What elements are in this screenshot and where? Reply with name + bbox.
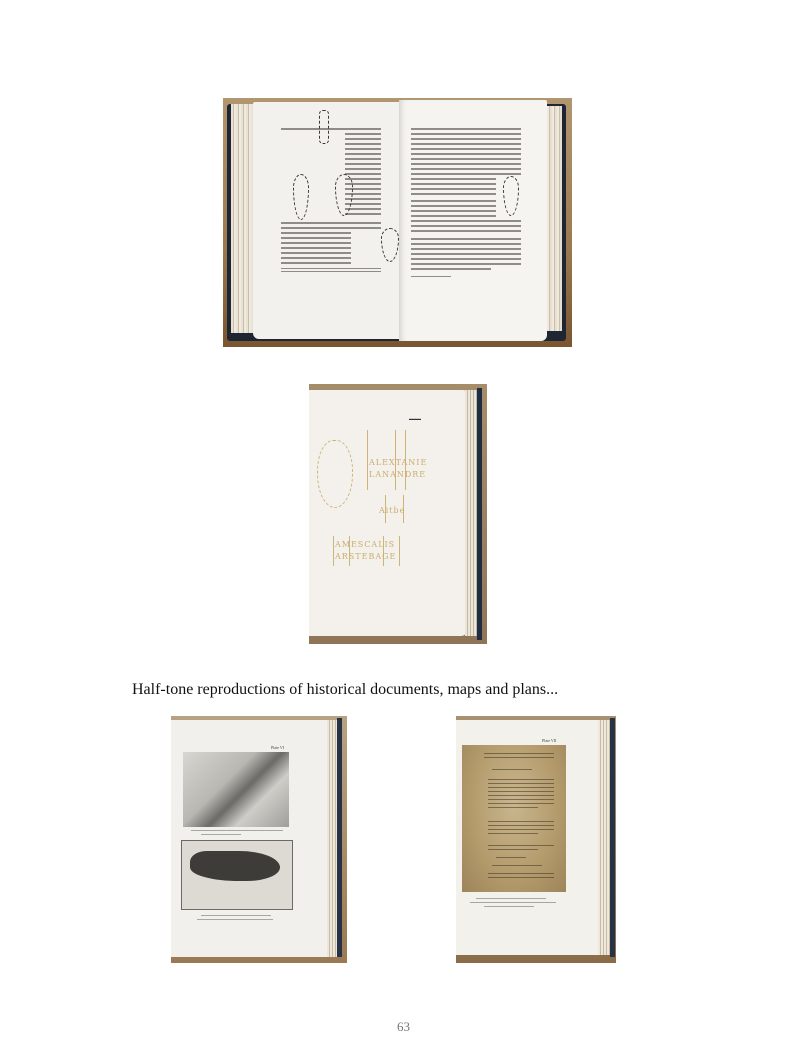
maps-plate-page: Plate VI — [171, 720, 329, 957]
left-page — [253, 102, 399, 339]
plate-heading: Plate VI — [271, 745, 284, 750]
right-page — [399, 100, 547, 341]
book-spine — [610, 718, 615, 957]
historical-map-1 — [183, 752, 289, 827]
book-spread-photo — [223, 98, 572, 347]
gilt-text-1: ALEXTANIE — [369, 458, 427, 467]
manuscript-plate-page: Plate VII — [456, 720, 600, 955]
page-edges — [327, 720, 337, 957]
page-number: 63 — [397, 1019, 410, 1035]
gilt-text-3: Aitbe — [379, 506, 405, 515]
historical-manuscript — [462, 745, 566, 892]
heraldry-page: ▬▬▬ ALEXTANIE LANANDRE Aitbe AMESCALIS A… — [309, 390, 467, 636]
heraldry-page-photo: ▬▬▬ ALEXTANIE LANANDRE Aitbe AMESCALIS A… — [309, 384, 487, 644]
maps-plate-photo: Plate VI — [171, 716, 347, 963]
page-edges-left — [231, 104, 255, 333]
book-spine — [337, 718, 342, 957]
book-spine — [477, 388, 482, 640]
coat-of-arms-icon — [317, 440, 353, 508]
caption: Half-tone reproductions of historical do… — [132, 681, 558, 699]
gilt-text-4: AMESCALIS — [335, 540, 395, 549]
plate-heading: Plate VII — [542, 738, 556, 743]
gilt-text-5: ARSTEBAGE — [335, 552, 396, 561]
historical-map-2 — [181, 840, 293, 910]
manuscript-plate-photo: Plate VII — [456, 716, 616, 963]
gilt-text-2: LANANDRE — [369, 470, 426, 479]
page-edges — [598, 720, 610, 955]
page-edges — [465, 390, 477, 636]
